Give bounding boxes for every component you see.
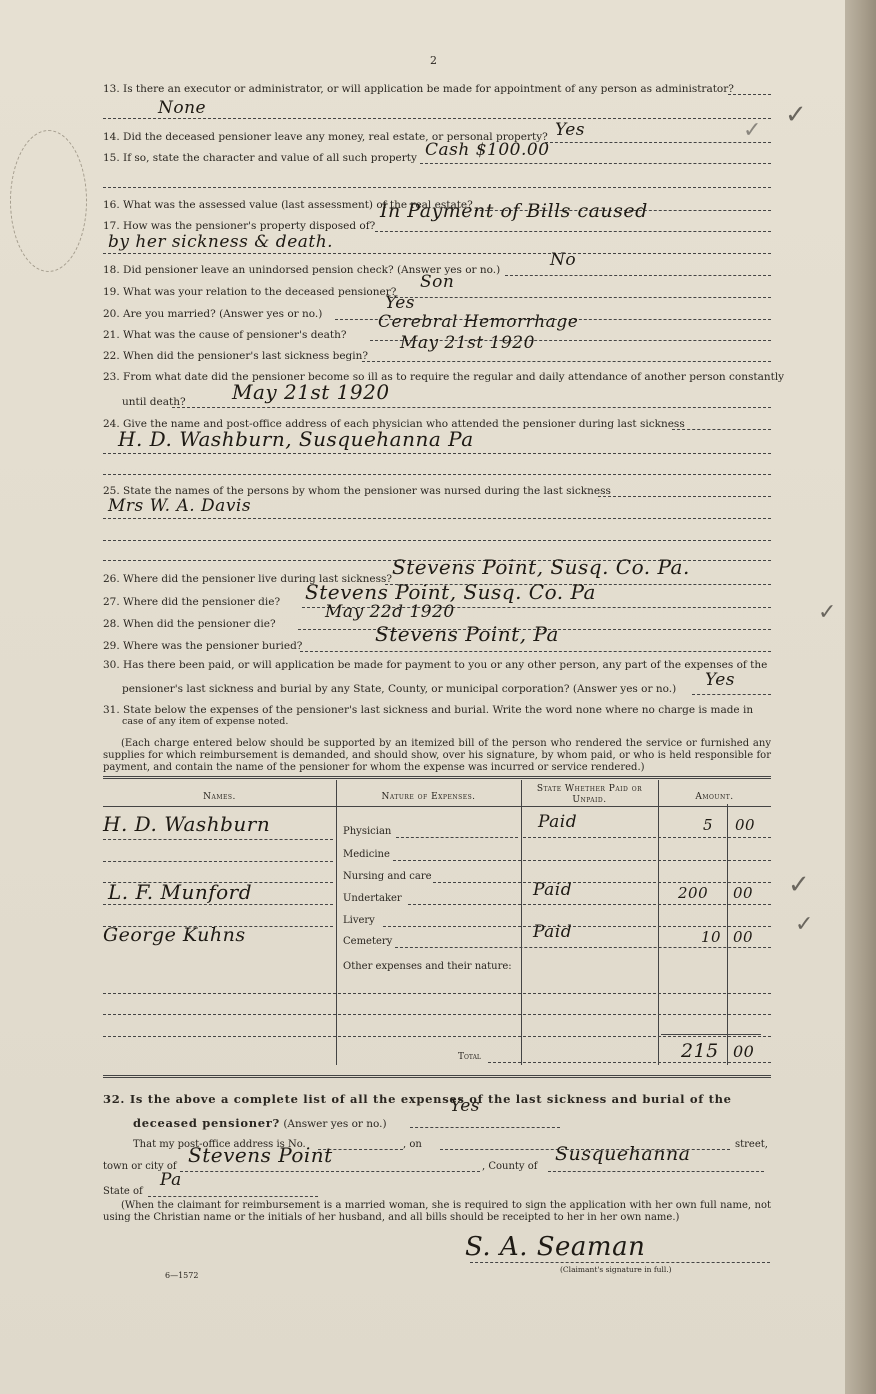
question-19: 19. What was your relation to the deceas… <box>103 286 396 298</box>
question-32-cont: deceased pensioner? (Answer yes or no.) <box>133 1116 387 1130</box>
county-label: , County of <box>482 1161 537 1172</box>
page-edge <box>845 0 876 1394</box>
total-cents: 00 <box>733 1042 754 1061</box>
state-label: State of <box>103 1186 143 1197</box>
instruction-note: (Each charge entered below should be sup… <box>103 738 771 774</box>
question-30: 30. Has there been paid, or will applica… <box>103 659 767 671</box>
question-28: 28. When did the pensioner die? <box>103 618 276 630</box>
header-paid: State Whether Paid or Unpaid. <box>523 784 656 806</box>
row-cents: 00 <box>735 816 755 834</box>
row-nature: Medicine <box>343 849 390 860</box>
claimant-signature: S. A. Seaman <box>465 1232 645 1262</box>
answer-27: Stevens Point, Susq. Co. Pa <box>305 580 596 604</box>
checkmark-icon: ✓ <box>818 600 836 625</box>
row-status: Paid <box>533 922 572 942</box>
row-status: Paid <box>533 880 572 900</box>
question-21: 21. What was the cause of pensioner's de… <box>103 329 347 341</box>
answer-30: Yes <box>705 670 735 690</box>
question-13: 13. Is there an executor or administrato… <box>103 83 734 95</box>
answer-23: May 21st 1920 <box>232 380 390 404</box>
row-nature: Nursing and care <box>343 871 432 882</box>
state-value: Pa <box>160 1170 182 1190</box>
question-30-cont: pensioner's last sickness and burial by … <box>122 683 676 695</box>
question-15: 15. If so, state the character and value… <box>103 152 417 164</box>
answer-32: Yes <box>450 1096 480 1116</box>
row-cents: 00 <box>733 884 753 902</box>
married-woman-note: (When the claimant for reimbursement is … <box>103 1200 771 1224</box>
answer-28: May 22d 1920 <box>325 602 455 622</box>
row-dollars: 200 <box>678 884 708 902</box>
checkmark-icon: ✓ <box>743 118 761 143</box>
street-label: street, <box>735 1139 768 1150</box>
answer-19: Son <box>420 272 454 292</box>
page-number: 2 <box>430 54 437 67</box>
row-cents: 00 <box>733 928 753 946</box>
document-page: 2 13. Is there an executor or administra… <box>0 0 845 1394</box>
header-nature: Nature of Expenses. <box>336 792 521 802</box>
answer-17: In Payment of Bills caused <box>380 200 648 222</box>
question-27: 27. Where did the pensioner die? <box>103 596 280 608</box>
question-20: 20. Are you married? (Answer yes or no.) <box>103 308 322 320</box>
answer-14: Yes <box>555 120 585 140</box>
question-32: 32. Is the above a complete list of all … <box>103 1092 732 1106</box>
answer-22: May 21st 1920 <box>400 333 535 353</box>
header-amount: Amount. <box>658 792 771 802</box>
signature-caption: (Claimant's signature in full.) <box>560 1265 672 1274</box>
answer-17-cont: by her sickness & death. <box>108 232 333 252</box>
answer-21: Cerebral Hemorrhage <box>378 312 578 332</box>
answer-18: No <box>550 250 576 270</box>
row-status: Paid <box>538 812 577 832</box>
answer-line <box>103 118 771 119</box>
signature-line <box>470 1262 770 1263</box>
row-nature: Livery <box>343 915 375 926</box>
county-value: Susquehanna <box>555 1143 691 1165</box>
row-nature: Cemetery <box>343 936 392 947</box>
row-dollars: 5 <box>703 816 713 834</box>
row-nature: Other expenses and their nature: <box>343 961 512 972</box>
question-31: 31. State below the expenses of the pens… <box>103 704 753 716</box>
header-names: Names. <box>103 792 336 802</box>
expense-table: Names. Nature of Expenses. State Whether… <box>103 776 771 1068</box>
total-label: Total <box>458 1052 481 1062</box>
question-31-cont: case of any item of expense noted. <box>122 716 288 727</box>
answer-13: None <box>158 98 206 118</box>
row-nature: Physician <box>343 826 391 837</box>
answer-15: Cash $100.00 <box>425 140 550 160</box>
question-17: 17. How was the pensioner's property dis… <box>103 220 375 232</box>
answer-25: Mrs W. A. Davis <box>108 496 251 516</box>
town-value: Stevens Point <box>188 1143 333 1167</box>
answer-20: Yes <box>385 293 415 313</box>
checkmark-icon: ✓ <box>788 870 810 900</box>
form-number: 6—1572 <box>165 1271 198 1280</box>
on-label: , on <box>403 1139 422 1150</box>
row-name: George Kuhns <box>103 924 246 946</box>
question-23: 23. From what date did the pensioner bec… <box>103 371 784 383</box>
row-nature: Undertaker <box>343 893 402 904</box>
question-29: 29. Where was the pensioner buried? <box>103 640 302 652</box>
row-name: L. F. Munford <box>108 880 252 904</box>
row-name: H. D. Washburn <box>103 812 270 836</box>
answer-29: Stevens Point, Pa <box>375 622 559 646</box>
answer-24: H. D. Washburn, Susquehanna Pa <box>118 427 474 451</box>
row-dollars: 10 <box>701 928 721 946</box>
checkmark-icon: ✓ <box>795 912 813 937</box>
question-22: 22. When did the pensioner's last sickne… <box>103 350 368 362</box>
checkmark-icon: ✓ <box>785 100 807 130</box>
answer-26: Stevens Point, Susq. Co. Pa. <box>392 555 690 579</box>
received-stamp <box>10 130 87 272</box>
total-dollars: 215 <box>681 1040 719 1062</box>
